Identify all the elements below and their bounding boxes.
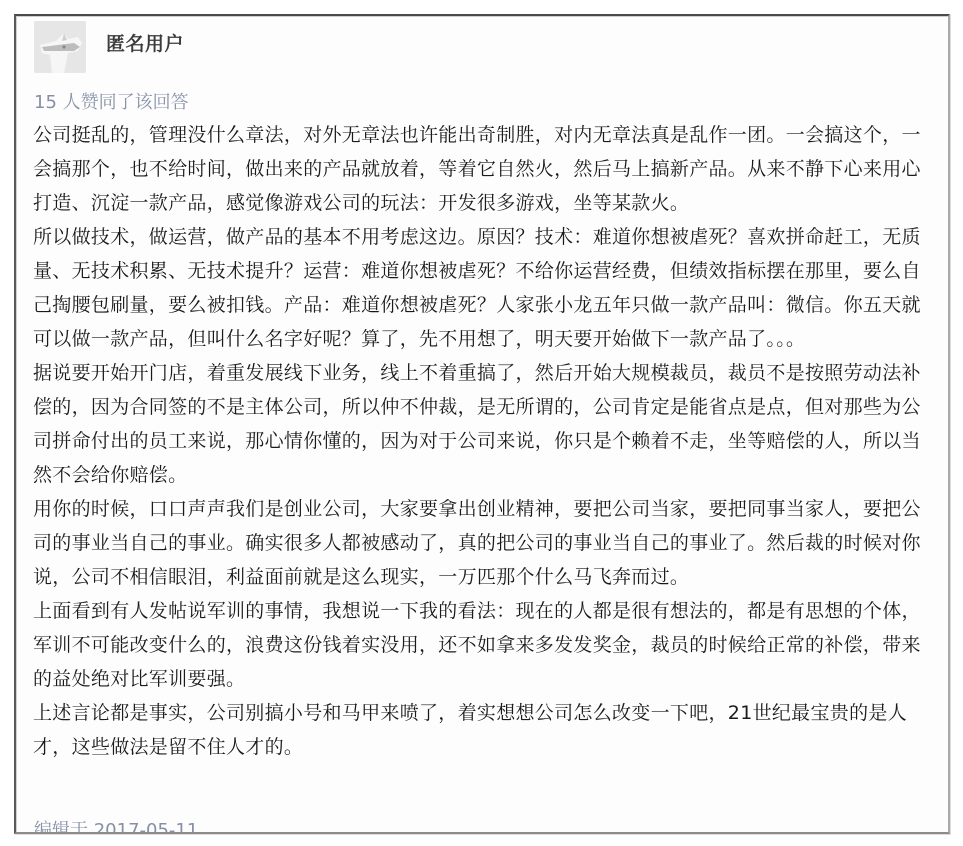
answer-paragraph: 上述言论都是事实，公司别搞小号和马甲来喷了，着实想想公司怎么改变一下吧，21世纪… [33,696,935,764]
edit-timestamp[interactable]: 编辑于 2017-05-11 [34,816,198,834]
answer-paragraph: 上面看到有人发帖说军训的事情，我想说一下我的看法：现在的人都是很有想法的，都是有… [33,594,935,696]
answer-content: 公司挺乱的，管理没什么章法，对外无章法也许能出奇制胜，对内无章法真是乱作一团。一… [33,118,935,764]
answer-paragraph: 公司挺乱的，管理没什么章法，对外无章法也许能出奇制胜，对内无章法真是乱作一团。一… [33,118,935,220]
answer-card: 匿名用户 15 人赞同了该回答 公司挺乱的，管理没什么章法，对外无章法也许能出奇… [14,14,950,834]
vote-count-label: 15 人赞同了该回答 [34,88,189,114]
avatar[interactable] [34,21,86,73]
author-info: 匿名用户 [34,21,184,73]
anonymous-avatar-icon [34,21,86,73]
answer-paragraph: 用你的时候，口口声声我们是创业公司，大家要拿出创业精神，要把公司当家，要把同事当… [33,492,935,594]
answer-paragraph: 据说要开始开门店，着重发展线下业务，线上不着重搞了，然后开始大规模裁员，裁员不是… [33,356,935,492]
author-name[interactable]: 匿名用户 [106,29,184,56]
answer-paragraph: 所以做技术，做运营，做产品的基本不用考虑这边。原因？技术：难道你想被虐死？喜欢拼… [33,220,935,356]
